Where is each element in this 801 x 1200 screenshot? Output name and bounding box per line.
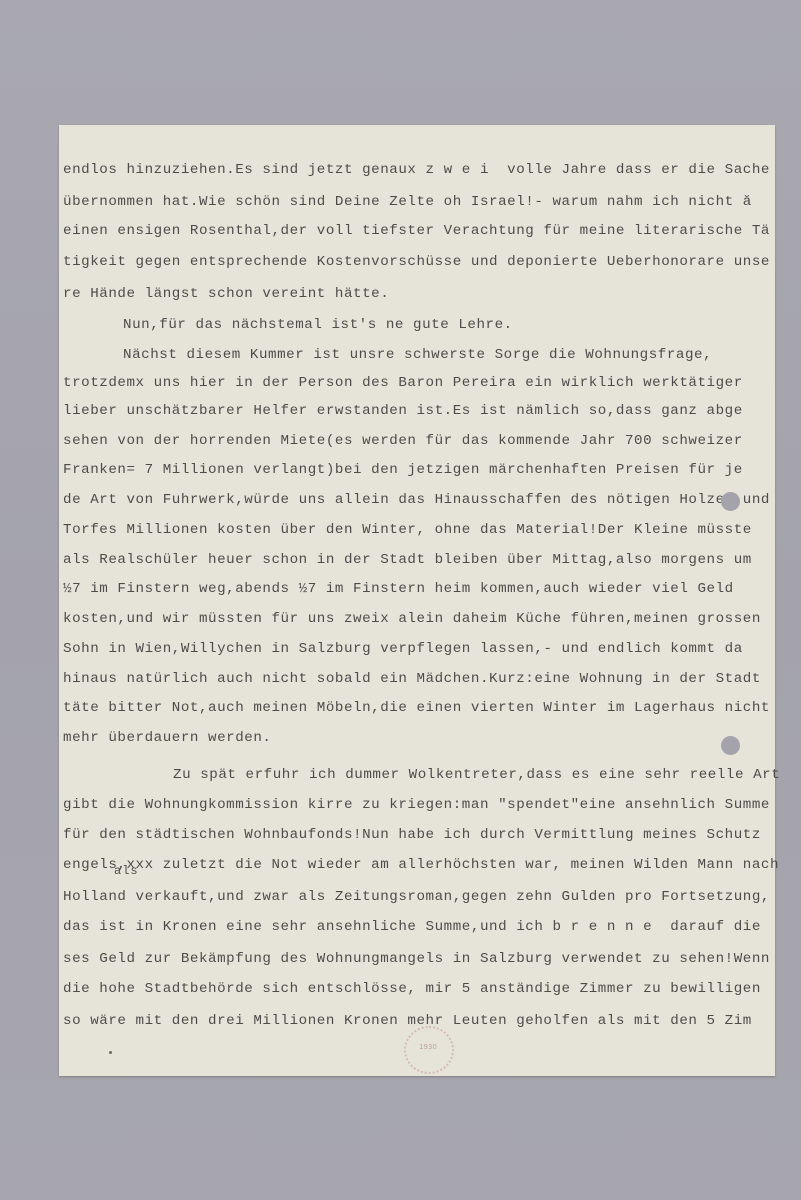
text-line: sehen von der horrenden Miete(es werden … [63, 432, 743, 450]
text-line: Sohn in Wien,Willychen in Salzburg verpf… [63, 640, 743, 658]
text-line: mehr überdauern werden. [63, 729, 271, 747]
text-line: für den städtischen Wohnbaufonds!Nun hab… [63, 826, 761, 844]
text-line: als Realschüler heuer schon in der Stadt… [63, 551, 752, 569]
text-line: Torfes Millionen kosten über den Winter,… [63, 521, 752, 539]
interlinear-insertion: als [114, 864, 139, 878]
text-line: Nächst diesem Kummer ist unsre schwerste… [123, 346, 712, 364]
text-line: hinaus natürlich auch nicht sobald ein M… [63, 670, 761, 688]
text-line: ½7 im Finstern weg,abends ½7 im Finstern… [63, 580, 734, 598]
text-line: lieber unschätzbarer Helfer erwstanden i… [63, 402, 743, 420]
text-line: Franken= 7 Millionen verlangt)bei den je… [63, 461, 743, 479]
text-line: ses Geld zur Bekämpfung des Wohnungmange… [63, 950, 770, 968]
text-line: endlos hinzuziehen.Es sind jetzt genaux … [63, 161, 770, 179]
ink-dot [109, 1051, 112, 1054]
text-line: Holland verkauft,und zwar als Zeitungsro… [63, 888, 770, 906]
text-line: re Hände längst schon vereint hätte. [63, 285, 389, 303]
text-line: gibt die Wohnungkommission kirre zu krie… [63, 796, 770, 814]
text-line: de Art von Fuhrwerk,würde uns allein das… [63, 491, 770, 509]
text-line: Nun,für das nächstemal ist's ne gute Leh… [123, 316, 513, 334]
punch-hole-upper [721, 492, 740, 511]
text-line: so wäre mit den drei Millionen Kronen me… [63, 1012, 752, 1030]
punch-hole-lower [721, 736, 740, 755]
text-line: engels,xxx zuletzt die Not wieder am all… [63, 856, 779, 874]
text-line: die hohe Stadtbehörde sich entschlösse, … [63, 980, 761, 998]
text-line: übernommen hat.Wie schön sind Deine Zelt… [63, 193, 752, 211]
text-line: trotzdemx uns hier in der Person des Bar… [63, 374, 743, 392]
text-line: einen ensigen Rosenthal,der voll tiefste… [63, 222, 770, 240]
archive-stamp: 1930 [404, 1026, 454, 1074]
stamp-label: 1930 [419, 1043, 437, 1051]
text-line: das ist in Kronen eine sehr ansehnliche … [63, 918, 761, 936]
text-line: täte bitter Not,auch meinen Möbeln,die e… [63, 699, 770, 717]
text-line: tigkeit gegen entsprechende Kostenvorsch… [63, 253, 770, 271]
text-line: kosten,und wir müssten für uns zweix ale… [63, 610, 761, 628]
text-line: Zu spät erfuhr ich dummer Wolkentreter,d… [173, 766, 780, 784]
